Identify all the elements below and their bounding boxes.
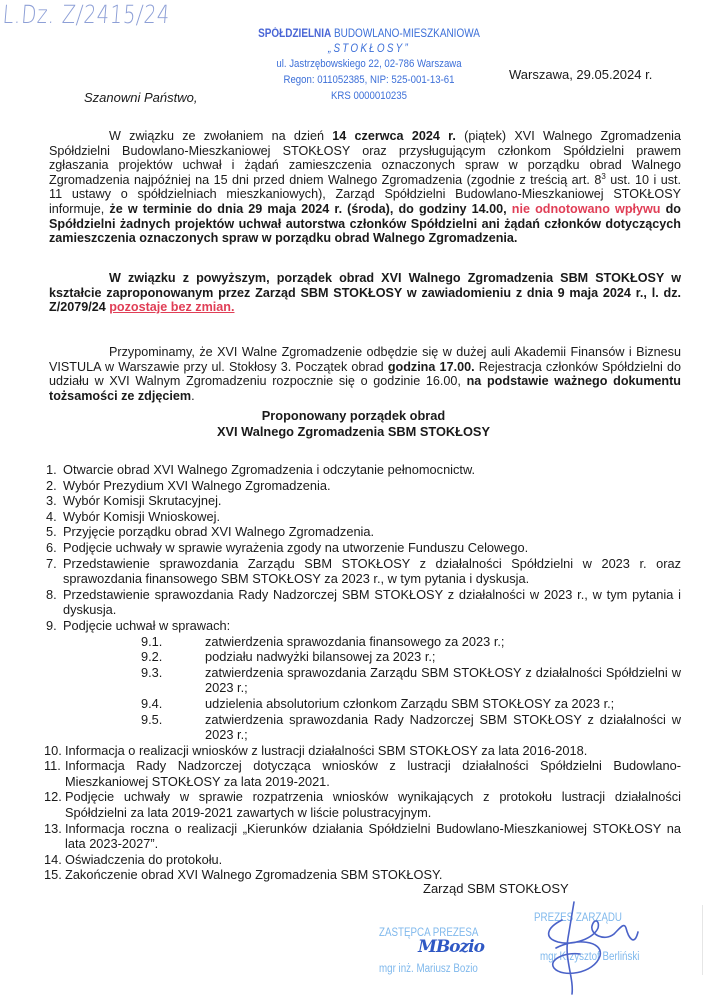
agenda-item-text: Oświadczenia do protokołu. bbox=[65, 852, 222, 867]
agenda-item-text: Zakończenie obrad XVI Walnego Zgromadzen… bbox=[65, 867, 442, 882]
agenda-subitem: 9.5.zatwierdzenia sprawozdania Rady Nadz… bbox=[46, 712, 681, 743]
agenda-item-number: 15. bbox=[44, 867, 62, 883]
agenda-item-text: udzielenia absolutorium członkom Zarządu… bbox=[205, 696, 614, 711]
agenda-item-text: zatwierdzenia sprawozdania Zarządu SBM S… bbox=[205, 665, 681, 696]
start-time: godzina 17.00. bbox=[388, 360, 475, 374]
letter-date: Warszawa, 29.05.2024 r. bbox=[509, 67, 652, 82]
agenda-item-text: zatwierdzenia sprawozdania Rady Nadzorcz… bbox=[205, 712, 681, 743]
agenda-item-number: 9.2. bbox=[141, 649, 162, 665]
agenda-item: 6.Podjęcie uchwały w sprawie wyrażenia z… bbox=[46, 540, 681, 556]
agenda-subitem: 9.4.udzielenia absolutorium członkom Zar… bbox=[46, 696, 681, 712]
agenda-item-number: 1. bbox=[46, 462, 57, 478]
agenda-item: 2.Wybór Prezydium XVI Walnego Zgromadzen… bbox=[46, 478, 681, 494]
agenda-title: Proponowany porządek obrad XVI Walnego Z… bbox=[0, 408, 707, 440]
agenda-item: 8.Przedstawienie sprawozdania Rady Nadzo… bbox=[46, 587, 681, 618]
text: . bbox=[191, 389, 195, 403]
agenda-list: 1.Otwarcie obrad XVI Walnego Zgromadzeni… bbox=[46, 462, 686, 883]
agenda-item-text: Informacja o realizacji wniosków z lustr… bbox=[65, 743, 587, 758]
agenda-item: 4.Wybór Komisji Wnioskowej. bbox=[46, 509, 681, 525]
agenda-item-number: 7. bbox=[46, 556, 57, 572]
meeting-date: 14 czerwca 2024 r. bbox=[332, 129, 456, 143]
agenda-item-number: 9.4. bbox=[141, 696, 162, 712]
agenda-item-number: 12. bbox=[44, 789, 62, 805]
stamp-name: SPÓŁDZIELNIA BUDOWLANO-MIESZKANIOWA bbox=[255, 26, 484, 42]
agenda-item-number: 4. bbox=[46, 509, 57, 525]
agenda-item-number: 9. bbox=[46, 618, 57, 634]
scan-edge bbox=[702, 905, 703, 975]
vice-president-signature: MBozio bbox=[418, 937, 484, 957]
agenda-item-number: 2. bbox=[46, 478, 57, 494]
agenda-item: 12.Podjęcie uchwały w sprawie rozpatrzen… bbox=[46, 789, 681, 820]
agenda-item-text: Informacja roczna o realizacji „Kierunkó… bbox=[65, 821, 681, 852]
agenda-subitem: 9.1.zatwierdzenia sprawozdania finansowe… bbox=[46, 634, 681, 650]
no-submissions-highlight: nie odnotowano wpływu bbox=[512, 202, 661, 216]
president-signature bbox=[534, 898, 644, 998]
paragraph-deadline-info: W związku ze zwołaniem na dzień 14 czerw… bbox=[49, 129, 681, 246]
agenda-item: 13.Informacja roczna o realizacji „Kieru… bbox=[46, 821, 681, 852]
agenda-title-line1: Proponowany porządek obrad bbox=[0, 408, 707, 424]
agenda-subitem: 9.2.podziału nadwyżki bilansowej za 2023… bbox=[46, 649, 681, 665]
board-signature-label: Zarząd SBM STOKŁOSY bbox=[423, 881, 569, 896]
agenda-item: 3.Wybór Komisji Skrutacyjnej. bbox=[46, 493, 681, 509]
handwritten-reference-number: L.Dz. Z/2415/24 bbox=[2, 0, 172, 29]
agenda-item: 10.Informacja o realizacji wniosków z lu… bbox=[46, 743, 681, 759]
agenda-item-text: Informacja Rady Nadzorczej dotycząca wni… bbox=[65, 758, 681, 789]
agenda-item: 11.Informacja Rady Nadzorczej dotycząca … bbox=[46, 758, 681, 789]
salutation: Szanowni Państwo, bbox=[84, 90, 197, 105]
paragraph-meeting-reminder: Przypominamy, że XVI Walne Zgromadzenie … bbox=[49, 345, 681, 403]
agenda-item-number: 13. bbox=[44, 821, 62, 837]
agenda-item-text: Otwarcie obrad XVI Walnego Zgromadzenia … bbox=[63, 462, 475, 477]
paragraph-agenda-unchanged: W związku z powyższym, porządek obrad XV… bbox=[49, 271, 681, 315]
agenda-item-number: 10. bbox=[44, 743, 62, 759]
stamp-name-bold: SPÓŁDZIELNIA bbox=[258, 27, 331, 40]
vice-president-name: mgr inż. Mariusz Bozio bbox=[379, 963, 478, 975]
agenda-item-text: Podjęcie uchwały w sprawie rozpatrzenia … bbox=[65, 789, 681, 820]
agenda-item-number: 9.1. bbox=[141, 634, 162, 650]
agenda-item-text: Wybór Komisji Skrutacyjnej. bbox=[63, 493, 221, 508]
stamp-address: ul. Jastrzębowskiego 22, 02-786 Warszawa bbox=[255, 57, 484, 73]
stamp-name-rest: BUDOWLANO-MIESZKANIOWA bbox=[331, 27, 480, 40]
agenda-item-number: 14. bbox=[44, 852, 62, 868]
agenda-item-text: Wybór Prezydium XVI Walnego Zgromadzenia… bbox=[63, 478, 331, 493]
agenda-item-number: 8. bbox=[46, 587, 57, 603]
agenda-item-text: Wybór Komisji Wnioskowej. bbox=[63, 509, 220, 524]
cooperative-stamp: SPÓŁDZIELNIA BUDOWLANO-MIESZKANIOWA „STO… bbox=[255, 26, 484, 105]
agenda-item-number: 5. bbox=[46, 524, 57, 540]
deadline-text: że w terminie do dnia 29 maja 2024 r. (ś… bbox=[109, 202, 511, 216]
agenda-item-text: Przedstawienie sprawozdania Rady Nadzorc… bbox=[63, 587, 681, 618]
text: W związku ze zwołaniem na dzień bbox=[109, 129, 332, 143]
agenda-title-line2: XVI Walnego Zgromadzenia SBM STOKŁOSY bbox=[0, 424, 707, 440]
agenda-item: 1.Otwarcie obrad XVI Walnego Zgromadzeni… bbox=[46, 462, 681, 478]
stamp-krs: KRS 0000010235 bbox=[255, 89, 484, 105]
agenda-item-number: 9.5. bbox=[141, 712, 162, 728]
agenda-item: 5.Przyjęcie porządku obrad XVI Walnego Z… bbox=[46, 524, 681, 540]
agenda-item-number: 9.3. bbox=[141, 665, 162, 681]
agenda-item-text: podziału nadwyżki bilansowej za 2023 r.; bbox=[205, 649, 435, 664]
stamp-ids: Regon: 011052385, NIP: 525-001-13-61 bbox=[255, 73, 484, 89]
agenda-item: 7.Przedstawienie sprawozdania Zarządu SB… bbox=[46, 556, 681, 587]
agenda-item: 9.Podjęcie uchwał w sprawach: bbox=[46, 618, 681, 634]
agenda-item: 14.Oświadczenia do protokołu. bbox=[46, 852, 681, 868]
agenda-item-number: 3. bbox=[46, 493, 57, 509]
agenda-item-text: Przedstawienie sprawozdania Zarządu SBM … bbox=[63, 556, 681, 587]
agenda-subitem: 9.3.zatwierdzenia sprawozdania Zarządu S… bbox=[46, 665, 681, 696]
agenda-item-text: Podjęcie uchwały w sprawie wyrażenia zgo… bbox=[63, 540, 528, 555]
agenda-item: 15.Zakończenie obrad XVI Walnego Zgromad… bbox=[46, 867, 681, 883]
agenda-item-number: 6. bbox=[46, 540, 57, 556]
agenda-item-text: Podjęcie uchwał w sprawach: bbox=[63, 618, 230, 633]
agenda-item-text: zatwierdzenia sprawozdania finansowego z… bbox=[205, 634, 505, 649]
agenda-item-number: 11. bbox=[44, 758, 61, 774]
stamp-short-name: „STOKŁOSY” bbox=[255, 42, 484, 58]
agenda-item-text: Przyjęcie porządku obrad XVI Walnego Zgr… bbox=[63, 524, 374, 539]
unchanged-highlight: pozostaje bez zmian. bbox=[109, 300, 234, 314]
